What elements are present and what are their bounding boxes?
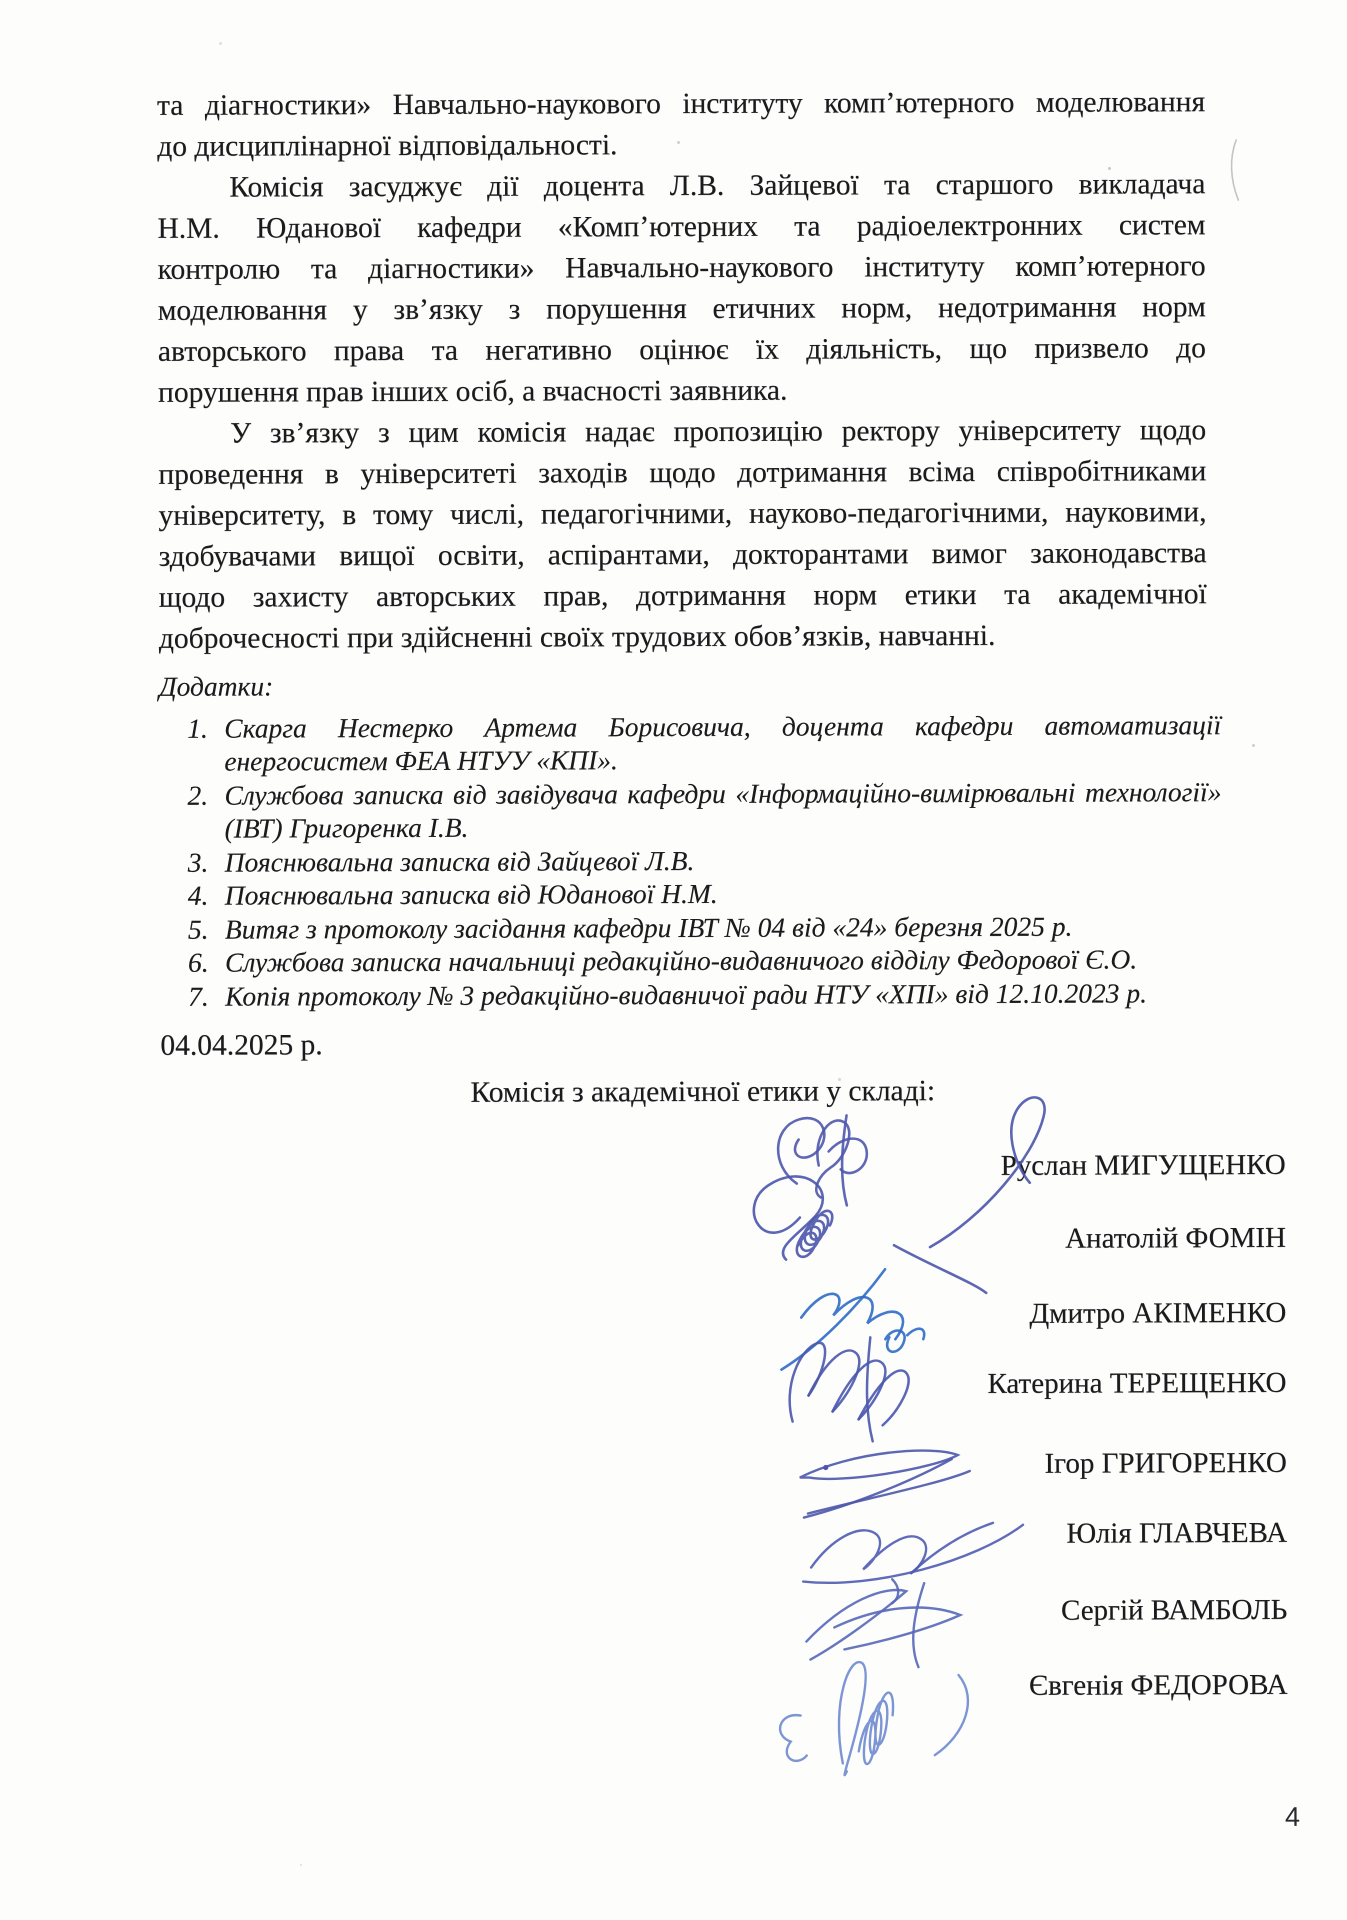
attachment-number: 7. (188, 979, 225, 1013)
attachment-text: Пояснювальна записка від Зайцевої Л.В. (225, 842, 1222, 879)
document-paragraphs: та діагностики» Навчально-наукового інст… (157, 82, 1207, 660)
paragraph: та діагностики» Навчально-наукового інст… (157, 82, 1205, 168)
attachments-label: Додатки: (159, 666, 1221, 703)
scanned-document-page: та діагностики» Навчально-наукового інст… (0, 0, 1347, 1920)
text-line: університету, в тому числі, педагогічним… (158, 492, 1206, 537)
commission-member-name: Сергій ВАМБОЛЬ (1061, 1594, 1287, 1628)
text-line: контролю та діагностики» Навчально-науко… (158, 246, 1206, 291)
scan-speck-artifact (677, 141, 680, 144)
attachment-text: Пояснювальна записка від Юданової Н.М. (225, 875, 1222, 912)
commission-member-name: Дмитро АКІМЕНКО (1029, 1297, 1286, 1331)
attachment-number: 4. (188, 879, 225, 913)
commission-member-name: Катерина ТЕРЕЩЕНКО (987, 1367, 1286, 1401)
text-line: до дисциплінарної відповідальності. (157, 123, 1205, 168)
attachments-section: Додатки: 1.Скарга Нестерко Артема Борисо… (159, 666, 1222, 1013)
text-line: моделювання у зв’язку з порушення етични… (158, 287, 1206, 332)
commission-member-name: Анатолій ФОМІН (1065, 1222, 1286, 1256)
attachment-line: Витяг з протоколу засідання кафедри ІВТ … (225, 909, 1222, 946)
attachment-line: Службова записка від завідувача кафедри … (224, 775, 1221, 812)
document-date: 04.04.2025 р. (160, 1029, 322, 1063)
attachment-line: енергосистем ФЕА НТУУ «КПІ». (224, 741, 1221, 778)
scan-speck-artifact (838, 1078, 841, 1081)
text-line: У зв’язку з цим комісія надає пропозицію… (158, 410, 1206, 455)
handwritten-signature (758, 1635, 999, 1786)
scan-speck-artifact (1108, 167, 1111, 170)
attachment-item: 2.Службова записка від завідувача кафедр… (187, 775, 1221, 846)
attachment-number: 6. (188, 946, 225, 980)
attachment-number: 5. (188, 912, 225, 946)
commission-member-name: Юлія ГЛАВЧЕВА (1066, 1517, 1287, 1551)
scan-speck-artifact (300, 1864, 302, 1866)
attachment-item: 4.Пояснювальна записка від Юданової Н.М. (188, 875, 1222, 912)
attachment-line: Пояснювальна записка від Зайцевої Л.В. (225, 842, 1222, 879)
attachment-item: 3.Пояснювальна записка від Зайцевої Л.В. (188, 842, 1222, 879)
attachment-text: Скарга Нестерко Артема Борисовича, доцен… (224, 708, 1221, 778)
attachment-text: Копія протоколу № 3 редакційно-видавничо… (225, 976, 1222, 1013)
scan-speck-artifact (219, 42, 222, 45)
text-line: щодо захисту авторських прав, дотримання… (159, 574, 1207, 619)
signature-block: Руслан МИГУЩЕНКОАнатолій ФОМІНДмитро АКІ… (0, 0, 1344, 2)
attachment-number: 3. (188, 845, 225, 879)
text-line: порушення прав інших осіб, а вчасності з… (158, 369, 1206, 414)
text-line: здобувачами вищої освіти, аспірантами, д… (159, 533, 1207, 578)
commission-member-name: Євгенія ФЕДОРОВА (1029, 1669, 1288, 1703)
attachment-text: Службова записка начальниці редакційно-в… (225, 942, 1222, 979)
attachment-line: Копія протоколу № 3 редакційно-видавничо… (225, 976, 1222, 1013)
text-line: Комісія засуджує дії доцента Л.В. Зайцев… (157, 164, 1205, 209)
attachment-line: Скарга Нестерко Артема Борисовича, доцен… (224, 708, 1221, 745)
attachment-number: 2. (187, 778, 224, 845)
commission-member-name: Ігор ГРИГОРЕНКО (1044, 1447, 1286, 1481)
page-number: 4 (1285, 1802, 1300, 1833)
attachment-text: Службова записка від завідувача кафедри … (224, 775, 1221, 845)
attachment-line: (ІВТ) Григоренка І.В. (224, 808, 1221, 845)
text-line: доброчесності при здійсненні своїх трудо… (159, 615, 1207, 660)
attachment-line: Службова записка начальниці редакційно-в… (225, 942, 1222, 979)
document-content: та діагностики» Навчально-наукового інст… (0, 0, 1347, 1920)
scan-scratch-artifact (1225, 138, 1243, 202)
text-line: Н.М. Юданової кафедри «Комп’ютерних та р… (157, 205, 1205, 250)
paragraph: Комісія засуджує дії доцента Л.В. Зайцев… (157, 164, 1206, 414)
attachment-number: 1. (187, 711, 224, 778)
text-line: авторського права та негативно оцінює їх… (158, 328, 1206, 373)
attachment-item: 5.Витяг з протоколу засідання кафедри ІВ… (188, 909, 1222, 946)
paragraph: У зв’язку з цим комісія надає пропозицію… (158, 410, 1207, 660)
scan-speck-artifact (1252, 744, 1255, 747)
attachments-list: 1.Скарга Нестерко Артема Борисовича, доц… (159, 708, 1222, 1013)
attachment-line: Пояснювальна записка від Юданової Н.М. (225, 875, 1222, 912)
text-line: проведення в університеті заходів щодо д… (158, 451, 1206, 496)
attachment-item: 6.Службова записка начальниці редакційно… (188, 942, 1222, 979)
attachment-text: Витяг з протоколу засідання кафедри ІВТ … (225, 909, 1222, 946)
text-line: та діагностики» Навчально-наукового інст… (157, 82, 1205, 127)
attachment-item: 1.Скарга Нестерко Артема Борисовича, доц… (187, 708, 1221, 779)
attachment-item: 7.Копія протоколу № 3 редакційно-видавни… (188, 976, 1222, 1013)
